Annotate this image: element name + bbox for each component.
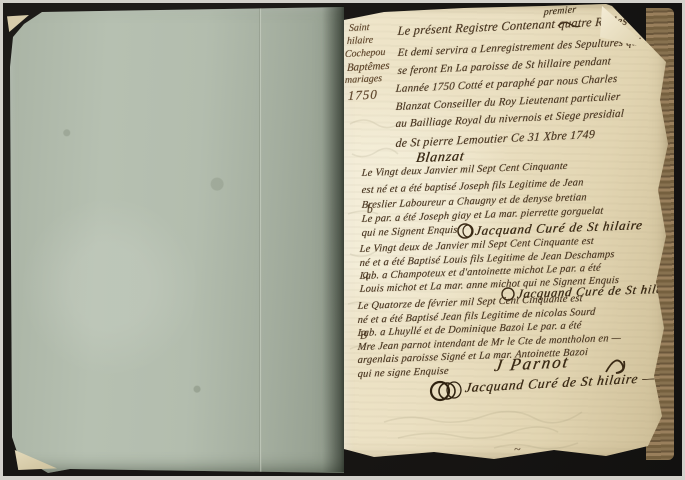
margin-note-line: Cochepou xyxy=(345,47,386,60)
fold-crease xyxy=(259,7,262,473)
stray-ink-mark: ~ xyxy=(514,442,521,457)
gutter-shadow xyxy=(322,6,344,472)
signature-parnot: J Parnot xyxy=(493,352,571,376)
signature-paraph xyxy=(456,222,476,240)
margin-note-year: 1750 xyxy=(348,86,378,104)
manuscript-page: premier Saint hilaire Cochepou Baptêmes … xyxy=(344,4,674,466)
archival-scan: premier Saint hilaire Cochepou Baptêmes … xyxy=(0,0,685,480)
margin-note-line: Saint xyxy=(349,22,370,34)
margin-note-line: hilaire xyxy=(347,35,373,47)
signature-paraph xyxy=(430,378,464,402)
left-blank-page xyxy=(10,7,344,473)
margin-note-line: mariages xyxy=(345,73,382,86)
margin-note-line: Baptêmes xyxy=(347,60,390,74)
